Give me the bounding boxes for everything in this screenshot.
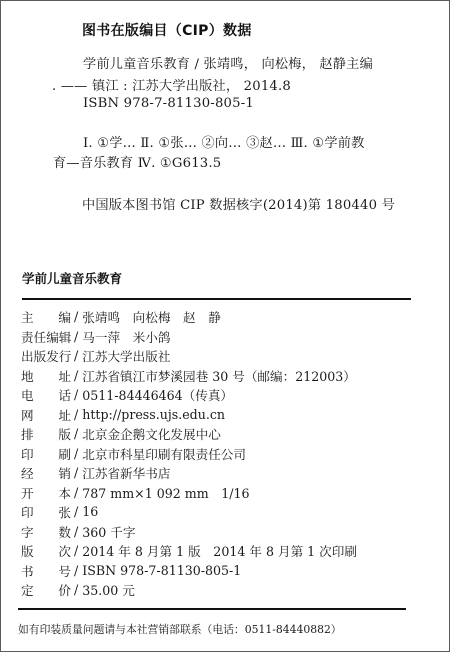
row-responsible-editor: 责任编辑/马一萍 米小鸽 xyxy=(21,327,170,346)
row-value: 16 xyxy=(82,504,98,519)
cip-isbn-line: ISBN 978-7-81130-805-1 xyxy=(83,96,254,111)
row-label: 字数 xyxy=(21,522,71,541)
row-label: 主编 xyxy=(21,307,71,326)
row-value: 787 mm×1 092 mm 1/16 xyxy=(82,483,249,502)
row-chief-editor: 主编/张靖鸣 向松梅 赵 静 xyxy=(21,307,221,326)
row-distribution: 经销/江苏省新华书店 xyxy=(21,463,170,482)
row-format: 开本/787 mm×1 092 mm 1/16 xyxy=(21,483,250,502)
cip-classification-line: Ⅰ. ①学… Ⅱ. ①张… ②向… ③赵… Ⅲ. ①学前教 xyxy=(83,132,365,151)
row-value: 北京市科星印刷有限责任公司 xyxy=(82,444,246,463)
book-title: 学前儿童音乐教育 xyxy=(22,269,122,287)
row-value: 35.00 元 xyxy=(82,580,135,599)
row-label: 开本 xyxy=(21,483,71,502)
row-label: 出版发行 xyxy=(21,346,71,365)
cip-publisher-line: . —— 镇江 : 江苏大学出版社， 2014.8 xyxy=(52,75,291,94)
row-label: 排版 xyxy=(21,424,71,443)
row-sheets: 印张/16 xyxy=(21,502,98,521)
row-value: 马一萍 米小鸽 xyxy=(82,327,170,346)
row-value: 2014 年 8 月第 1 版 2014 年 8 月第 1 次印刷 xyxy=(82,541,357,560)
row-edition: 版次/2014 年 8 月第 1 版 2014 年 8 月第 1 次印刷 xyxy=(21,541,357,560)
row-value: 江苏省新华书店 xyxy=(82,463,170,482)
row-value: 江苏省镇江市梦溪园巷 30 号（邮编：212003） xyxy=(82,366,356,385)
row-website: 网址/http://press.ujs.edu.cn xyxy=(21,405,225,424)
row-label: 经销 xyxy=(21,463,71,482)
row-label: 印张 xyxy=(21,502,71,521)
row-label: 网址 xyxy=(21,405,71,424)
row-address: 地址/江苏省镇江市梦溪园巷 30 号（邮编：212003） xyxy=(21,366,356,385)
row-value: ISBN 978-7-81130-805-1 xyxy=(82,563,241,578)
row-isbn: 书号/ISBN 978-7-81130-805-1 xyxy=(21,561,241,580)
row-label: 责任编辑 xyxy=(21,327,71,346)
website-link[interactable]: http://press.ujs.edu.cn xyxy=(82,407,225,422)
row-label: 电话 xyxy=(21,385,71,404)
row-value: 张靖鸣 向松梅 赵 静 xyxy=(82,307,221,326)
row-value: 北京金企鹅文化发展中心 xyxy=(82,424,221,443)
row-price: 定价/35.00 元 xyxy=(21,580,135,599)
quality-notice: 如有印装质量问题请与本社营销部联系（电话：0511-84440882） xyxy=(18,622,342,637)
row-label: 书号 xyxy=(21,561,71,580)
row-phone: 电话/0511-84446464（传真） xyxy=(21,385,233,404)
row-printing: 印刷/北京市科星印刷有限责任公司 xyxy=(21,444,246,463)
row-label: 印刷 xyxy=(21,444,71,463)
cip-classification-continued: 育—音乐教育 Ⅳ. ①G613.5 xyxy=(53,152,221,171)
copyright-page: 图书在版编目（CIP）数据 学前儿童音乐教育 / 张靖鸣， 向松梅， 赵静主编 … xyxy=(0,0,450,652)
cip-title-line: 学前儿童音乐教育 / 张靖鸣， 向松梅， 赵静主编 xyxy=(83,53,373,72)
cip-verification-number: 中国版本图书馆 CIP 数据核字(2014)第 180440 号 xyxy=(82,194,395,213)
row-typesetting: 排版/北京金企鹅文化发展中心 xyxy=(21,424,221,443)
row-value: 360 千字 xyxy=(82,522,135,541)
row-label: 定价 xyxy=(21,580,71,599)
row-publisher: 出版发行/江苏大学出版社 xyxy=(21,346,170,365)
row-word-count: 字数/360 千字 xyxy=(21,522,135,541)
bottom-divider xyxy=(18,608,406,610)
row-value: 江苏大学出版社 xyxy=(82,346,170,365)
row-value: 0511-84446464（传真） xyxy=(82,385,233,404)
row-label: 地址 xyxy=(21,366,71,385)
row-label: 版次 xyxy=(21,541,71,560)
cip-heading: 图书在版编目（CIP）数据 xyxy=(82,20,252,40)
top-divider xyxy=(22,298,411,300)
